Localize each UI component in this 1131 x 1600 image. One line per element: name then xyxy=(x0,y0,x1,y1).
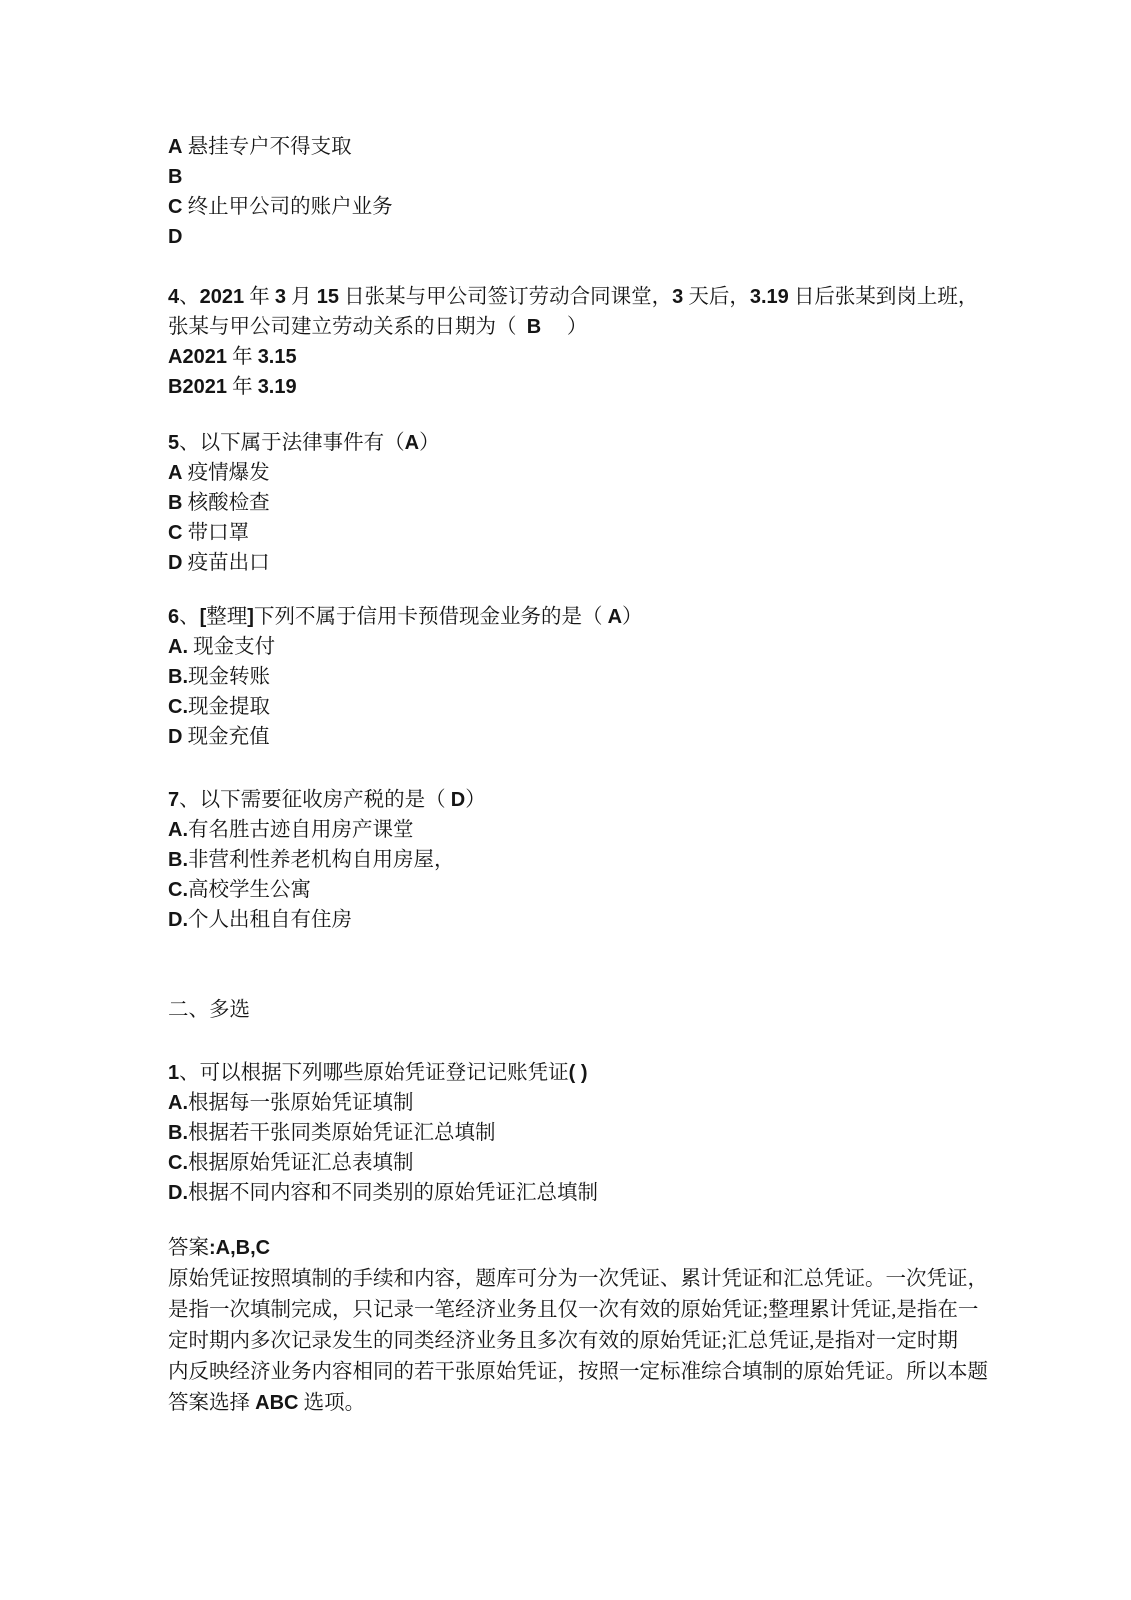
text-segment: 15 xyxy=(317,286,339,308)
text-line: D 现金充值 xyxy=(168,722,1013,752)
text-line: 7、以下需要征收房产税的是（ D） xyxy=(168,785,1013,815)
text-segment: 终止甲公司的账户业务 xyxy=(182,196,392,218)
document-page: A 悬挂专户不得支取BC 终止甲公司的账户业务D4、2021 年 3 月 15 … xyxy=(0,0,1131,1600)
text-segment: A xyxy=(168,462,182,484)
text-segment: 年 xyxy=(244,286,275,308)
text-segment: D. xyxy=(168,909,188,931)
text-segment: 核酸检查 xyxy=(182,492,269,514)
text-segment: 疫情爆发 xyxy=(182,462,269,484)
text-line: 答案:A,B,C xyxy=(168,1233,1013,1264)
text-segment: B. xyxy=(168,849,188,871)
question-7: 7、以下需要征收房产税的是（ D）A.有名胜古迹自用房产课堂B.非营利性养老机构… xyxy=(168,785,1013,935)
text-segment: C. xyxy=(168,879,188,901)
text-segment: B. xyxy=(168,1122,188,1144)
question-6: 6、[整理]下列不属于信用卡预借现金业务的是（ A）A. 现金支付B.现金转账C… xyxy=(168,602,1013,752)
text-segment: C xyxy=(168,522,182,544)
text-segment: 有名胜古迹自用房产课堂 xyxy=(188,819,414,841)
text-line: 1、可以根据下列哪些原始凭证登记记账凭证( ) xyxy=(168,1058,1013,1088)
text-segment: 日张某与甲公司签订劳动合同课堂， xyxy=(339,286,672,308)
text-segment: 带口罩 xyxy=(182,522,249,544)
document-body: A 悬挂专户不得支取BC 终止甲公司的账户业务D4、2021 年 3 月 15 … xyxy=(168,132,1013,1419)
text-segment: D xyxy=(168,552,182,574)
text-segment: 3 xyxy=(672,286,683,308)
text-segment: 、以下需要征收房产税的是（ xyxy=(179,789,451,811)
text-segment: 定时期内多次记录发生的同类经济业务且多次有效的原始凭证;汇总凭证,是指对一定时期 xyxy=(168,1330,958,1352)
text-line: 内反映经济业务内容相同的若干张原始凭证，按照一定标准综合填制的原始凭证。所以本题 xyxy=(168,1357,1013,1388)
question-4: 4、2021 年 3 月 15 日张某与甲公司签订劳动合同课堂，3 天后，3.1… xyxy=(168,282,1013,402)
text-segment: :A,B,C xyxy=(209,1237,270,1259)
text-segment: 内反映经济业务内容相同的若干张原始凭证，按照一定标准综合填制的原始凭证。所以本题 xyxy=(168,1361,988,1383)
text-line: D 疫苗出口 xyxy=(168,548,1013,578)
text-line: 答案选择 ABC 选项。 xyxy=(168,1388,1013,1419)
question-5: 5、以下属于法律事件有（A）A 疫情爆发B 核酸检查C 带口罩D 疫苗出口 xyxy=(168,428,1013,578)
text-segment: 答案选择 xyxy=(168,1392,255,1414)
text-segment: B2021 xyxy=(168,376,227,398)
text-line: B.根据若干张同类原始凭证汇总填制 xyxy=(168,1118,1013,1148)
text-segment: 年 xyxy=(227,376,258,398)
text-line: D xyxy=(168,222,1013,252)
text-segment: 原始凭证按照填制的手续和内容，题库可分为一次凭证、累计凭证和汇总凭证。一次凭证， xyxy=(168,1268,988,1290)
text-segment: 下列不属于信用卡预借现金业务的是（ xyxy=(254,606,608,628)
text-segment: 悬挂专户不得支取 xyxy=(182,136,351,158)
text-line: B.非营利性养老机构自用房屋， xyxy=(168,845,1013,875)
text-line: C 终止甲公司的账户业务 xyxy=(168,192,1013,222)
text-segment: 是指一次填制完成，只记录一笔经济业务且仅一次有效的原始凭证;整理累计凭证,是指在… xyxy=(168,1299,978,1321)
text-segment: 选项。 xyxy=(298,1392,365,1414)
section-2-header: 二、多选 xyxy=(168,995,1013,1025)
text-segment: 整理 xyxy=(206,606,247,628)
text-segment: 3.15 xyxy=(258,346,297,368)
text-segment: 3 xyxy=(275,286,286,308)
text-line: C.现金提取 xyxy=(168,692,1013,722)
text-segment: ） xyxy=(419,432,440,454)
text-segment: B xyxy=(527,316,541,338)
text-line: A.有名胜古迹自用房产课堂 xyxy=(168,815,1013,845)
text-segment: 疫苗出口 xyxy=(182,552,269,574)
text-segment: A xyxy=(168,136,182,158)
text-line: A. 现金支付 xyxy=(168,632,1013,662)
text-segment: D xyxy=(168,226,182,248)
text-segment: 现金充值 xyxy=(182,726,269,748)
text-segment: ABC xyxy=(255,1392,298,1414)
text-segment: 5 xyxy=(168,432,179,454)
text-line: B.现金转账 xyxy=(168,662,1013,692)
text-segment: 张某与甲公司建立劳动关系的日期为（ xyxy=(168,316,527,338)
text-line: A.根据每一张原始凭证填制 xyxy=(168,1088,1013,1118)
text-line: D.个人出租自有住房 xyxy=(168,905,1013,935)
text-segment: 根据不同内容和不同类别的原始凭证汇总填制 xyxy=(188,1182,598,1204)
text-segment: 、可以根据下列哪些原始凭证登记记账凭证 xyxy=(179,1062,569,1084)
text-segment: A xyxy=(405,432,419,454)
text-segment: A. xyxy=(168,819,188,841)
text-line: C.高校学生公寓 xyxy=(168,875,1013,905)
text-line: 6、[整理]下列不属于信用卡预借现金业务的是（ A） xyxy=(168,602,1013,632)
text-line: A2021 年 3.15 xyxy=(168,342,1013,372)
text-segment: D xyxy=(451,789,465,811)
text-line: 是指一次填制完成，只记录一笔经济业务且仅一次有效的原始凭证;整理累计凭证,是指在… xyxy=(168,1295,1013,1326)
text-segment: 年 xyxy=(227,346,258,368)
text-line: B xyxy=(168,162,1013,192)
answer-block: 答案:A,B,C原始凭证按照填制的手续和内容，题库可分为一次凭证、累计凭证和汇总… xyxy=(168,1233,1013,1419)
text-segment: A xyxy=(608,606,622,628)
text-segment: 根据若干张同类原始凭证汇总填制 xyxy=(188,1122,496,1144)
text-segment: 二、多选 xyxy=(168,999,250,1021)
text-segment: ( ) xyxy=(569,1062,588,1084)
text-segment: 4 xyxy=(168,286,179,308)
text-segment: 2021 xyxy=(200,286,245,308)
text-segment: ） xyxy=(541,316,587,338)
text-line: D.根据不同内容和不同类别的原始凭证汇总填制 xyxy=(168,1178,1013,1208)
text-segment: 3.19 xyxy=(258,376,297,398)
text-line: C 带口罩 xyxy=(168,518,1013,548)
text-segment: 高校学生公寓 xyxy=(188,879,311,901)
text-segment: ） xyxy=(465,789,486,811)
text-segment: B xyxy=(168,166,182,188)
text-segment: A. xyxy=(168,1092,188,1114)
text-segment: ） xyxy=(622,606,643,628)
text-segment: 1 xyxy=(168,1062,179,1084)
text-segment: D. xyxy=(168,1182,188,1204)
text-segment: 、 xyxy=(179,606,200,628)
multi-question-1: 1、可以根据下列哪些原始凭证登记记账凭证( )A.根据每一张原始凭证填制B.根据… xyxy=(168,1058,1013,1208)
text-line: B 核酸检查 xyxy=(168,488,1013,518)
text-segment: ] xyxy=(247,606,254,628)
text-segment: 月 xyxy=(286,286,317,308)
text-line: A 悬挂专户不得支取 xyxy=(168,132,1013,162)
text-segment: B xyxy=(168,492,182,514)
text-segment: 天后， xyxy=(683,286,750,308)
text-segment: D xyxy=(168,726,182,748)
text-line: B2021 年 3.19 xyxy=(168,372,1013,402)
text-line: 定时期内多次记录发生的同类经济业务且多次有效的原始凭证;汇总凭证,是指对一定时期 xyxy=(168,1326,1013,1357)
question-3-options: A 悬挂专户不得支取BC 终止甲公司的账户业务D xyxy=(168,132,1013,252)
text-segment: 现金提取 xyxy=(188,696,270,718)
text-segment: A. xyxy=(168,636,188,658)
text-segment: 现金支付 xyxy=(188,636,275,658)
text-segment: C. xyxy=(168,696,188,718)
text-segment: 现金转账 xyxy=(188,666,270,688)
text-segment: 3.19 xyxy=(750,286,789,308)
text-segment: B. xyxy=(168,666,188,688)
text-segment: 答案 xyxy=(168,1237,209,1259)
text-line: 5、以下属于法律事件有（A） xyxy=(168,428,1013,458)
text-segment: 个人出租自有住房 xyxy=(188,909,352,931)
text-segment: C. xyxy=(168,1152,188,1174)
text-segment: 根据原始凭证汇总表填制 xyxy=(188,1152,414,1174)
text-segment: 、以下属于法律事件有（ xyxy=(179,432,405,454)
text-line: 二、多选 xyxy=(168,995,1013,1025)
text-segment: 7 xyxy=(168,789,179,811)
text-segment: 、 xyxy=(179,286,200,308)
text-segment: C xyxy=(168,196,182,218)
text-line: 4、2021 年 3 月 15 日张某与甲公司签订劳动合同课堂，3 天后，3.1… xyxy=(168,282,1013,312)
text-line: 原始凭证按照填制的手续和内容，题库可分为一次凭证、累计凭证和汇总凭证。一次凭证， xyxy=(168,1264,1013,1295)
text-segment: 日后张某到岗上班， xyxy=(789,286,979,308)
text-segment: 非营利性养老机构自用房屋， xyxy=(188,849,455,871)
text-segment: A2021 xyxy=(168,346,227,368)
text-segment: 根据每一张原始凭证填制 xyxy=(188,1092,414,1114)
text-segment: 6 xyxy=(168,606,179,628)
text-line: 张某与甲公司建立劳动关系的日期为（ B ） xyxy=(168,312,1013,342)
text-line: C.根据原始凭证汇总表填制 xyxy=(168,1148,1013,1178)
text-line: A 疫情爆发 xyxy=(168,458,1013,488)
